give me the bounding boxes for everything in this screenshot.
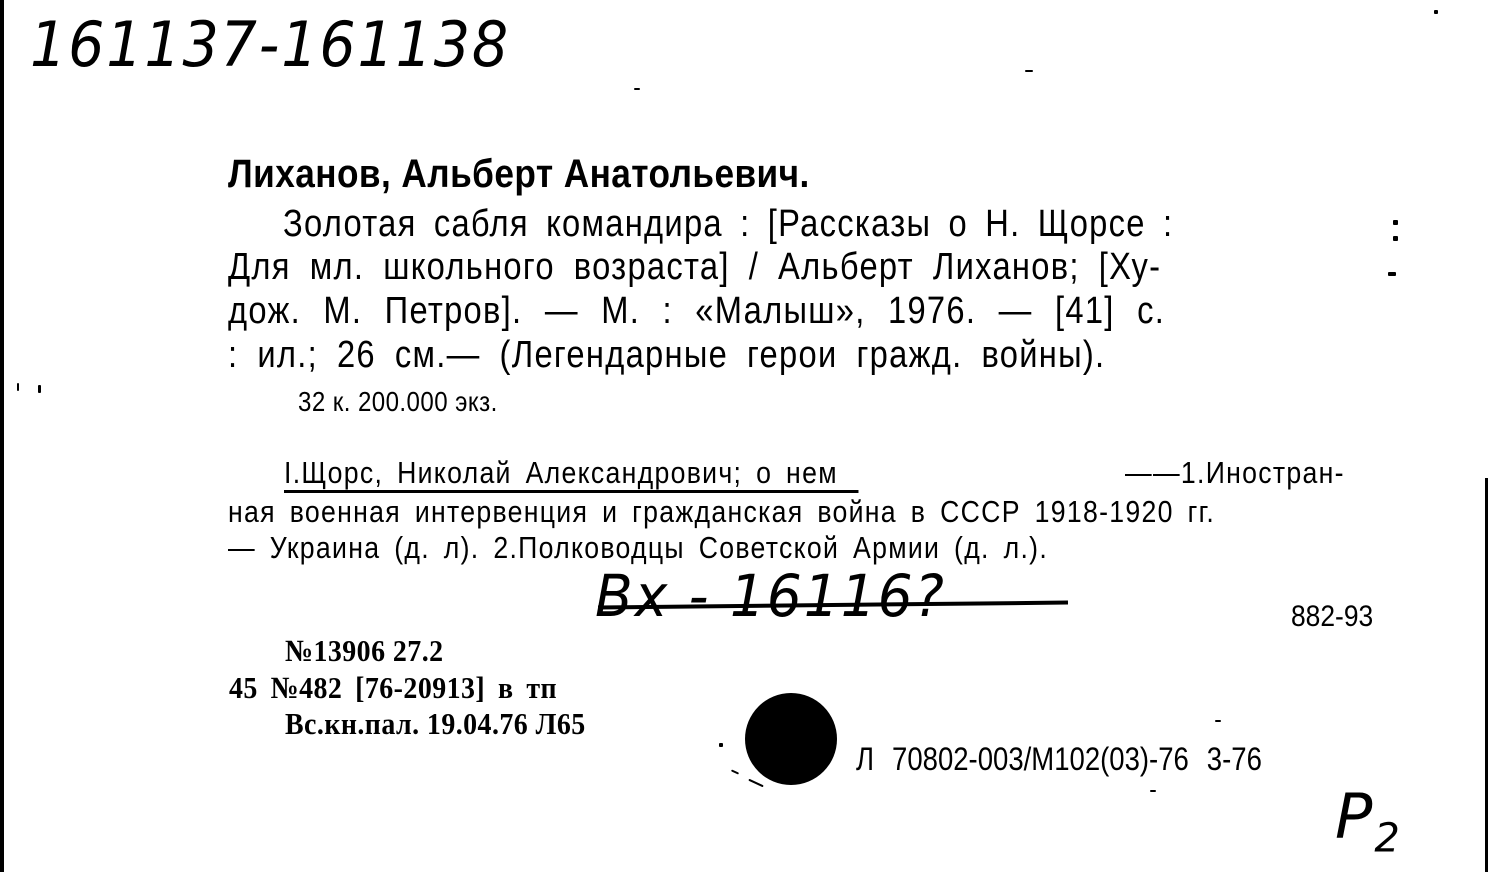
handwritten-inventory-numbers: 161137-161138 <box>30 8 510 81</box>
subject-heading-2: ная военная интервенция и гражданская во… <box>228 494 1215 530</box>
subject-person-underlined: I.Щорс, Николай Александрович; о нем <box>284 455 858 493</box>
description-line: Золотая сабля командира : [Рассказы о Н.… <box>283 203 1173 246</box>
scan-speck <box>634 88 640 90</box>
handwritten-crossed-note: Вх - 16116? <box>595 562 946 630</box>
subject-heading-tail: ——1.Иностран- <box>1125 455 1345 491</box>
classification-code: 882-93 <box>1291 600 1373 634</box>
description-line: Для мл. школьного возраста] / Альберт Ли… <box>228 246 1161 289</box>
scan-speck <box>38 385 41 393</box>
scan-speck <box>1388 272 1396 276</box>
price-circulation: 32 к. 200.000 экз. <box>298 386 498 418</box>
bbk-index-line: Л 70802-003/М102(03)-76 3-76 <box>856 741 1262 778</box>
scan-speck <box>17 383 19 391</box>
imprint-line: №13906 27.2 <box>285 633 444 669</box>
scan-speck <box>719 743 723 747</box>
imprint-line: 45 №482 [76-20913] в тп <box>229 670 557 706</box>
subject-heading-1: I.Щорс, Николай Александрович; о нем <box>284 455 858 491</box>
shelf-mark-letter: P <box>1335 780 1374 853</box>
scan-speck <box>1434 10 1438 14</box>
catalog-card: 161137-161138 Лиханов, Альберт Анатольев… <box>0 0 1488 872</box>
imprint-line: Вс.кн.пал. 19.04.76 Л65 <box>285 706 586 742</box>
scan-speck <box>1215 720 1221 722</box>
scan-speck <box>1150 790 1156 792</box>
description-line: : ил.; 26 см.— (Легендарные герои гражд.… <box>228 334 1105 377</box>
scan-speck <box>731 769 739 774</box>
subject-heading-3: — Украина (д. л). 2.Полководцы Советской… <box>228 530 1048 566</box>
author-heading: Лиханов, Альберт Анатольевич. <box>228 152 810 197</box>
scan-speck <box>1393 236 1398 241</box>
shelf-mark-sub: 2 <box>1374 815 1401 861</box>
scan-speck <box>748 779 763 788</box>
card-left-edge <box>0 0 4 872</box>
description-line: дож. М. Петров]. — М. : «Малыш», 1976. —… <box>228 290 1165 333</box>
scan-speck <box>1025 70 1033 72</box>
handwritten-shelf-mark: P2 <box>1335 780 1402 861</box>
punch-hole-icon <box>745 693 837 785</box>
scan-speck <box>1393 220 1398 225</box>
